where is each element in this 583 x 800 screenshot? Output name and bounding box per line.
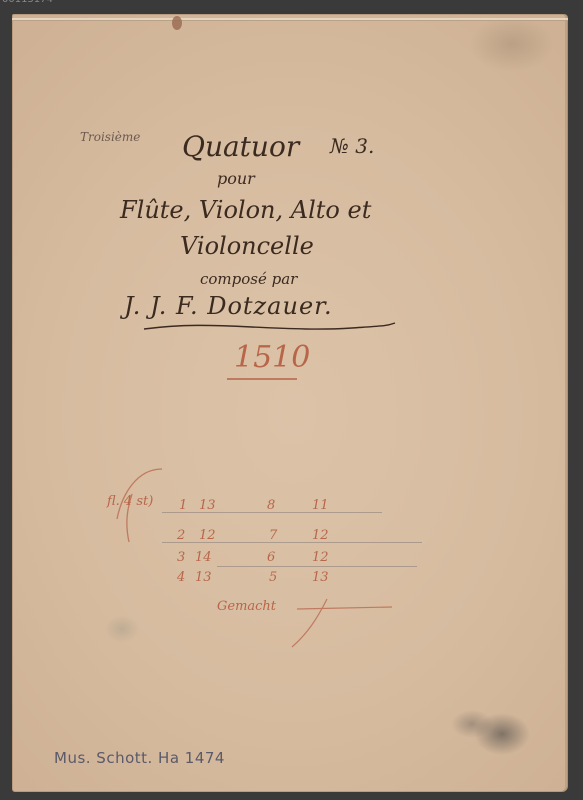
tally-cell: 14	[195, 550, 212, 565]
tally-cell: 13	[312, 570, 329, 585]
tally-cell: 13	[195, 570, 212, 585]
pour-label: pour	[217, 169, 255, 188]
manuscript-page: Troisième Quatuor № 3. pour Flûte, Violo…	[12, 14, 568, 792]
tally-prefix: fl. 4 st)	[107, 494, 153, 509]
pencil-tally: fl. 4 st) 1 13 8 11 2 12 7 12 3 14 6 12 …	[107, 474, 407, 674]
ink-stain	[172, 16, 182, 30]
brace-mark	[107, 464, 167, 554]
shelf-number-underline	[227, 378, 297, 380]
compose-par-label: composé par	[200, 270, 297, 288]
tally-cell: 13	[199, 498, 216, 513]
tally-cell: 12	[199, 528, 216, 543]
tally-cell: 1	[179, 498, 187, 513]
instrumentation: Flûte, Violon, Alto et	[120, 196, 371, 224]
tally-cell: 2	[177, 528, 185, 543]
composer-name: J. J. F. Dotzauer.	[124, 292, 333, 320]
tally-cell: 3	[177, 550, 185, 565]
work-number: № 3.	[330, 134, 374, 158]
tally-cell: 12	[312, 550, 329, 565]
scan-id: 00115174	[2, 0, 53, 5]
tally-cell: 5	[269, 570, 277, 585]
tally-cell: 6	[267, 550, 275, 565]
tally-cell: 4	[177, 570, 185, 585]
work-title: Quatuor	[182, 130, 299, 163]
flourish-line	[142, 322, 397, 332]
tally-cell: 11	[312, 498, 329, 513]
tally-cell: 12	[312, 528, 329, 543]
instrumentation-cont: Violoncelle	[180, 232, 314, 260]
signature-flourish	[207, 589, 407, 649]
catalog-label: Mus. Schott. Ha 1474	[54, 749, 225, 767]
tally-cell: 7	[269, 528, 277, 543]
tally-cell: 8	[267, 498, 275, 513]
ordinal-label: Troisième	[80, 130, 140, 144]
shelf-number: 1510	[234, 340, 310, 375]
